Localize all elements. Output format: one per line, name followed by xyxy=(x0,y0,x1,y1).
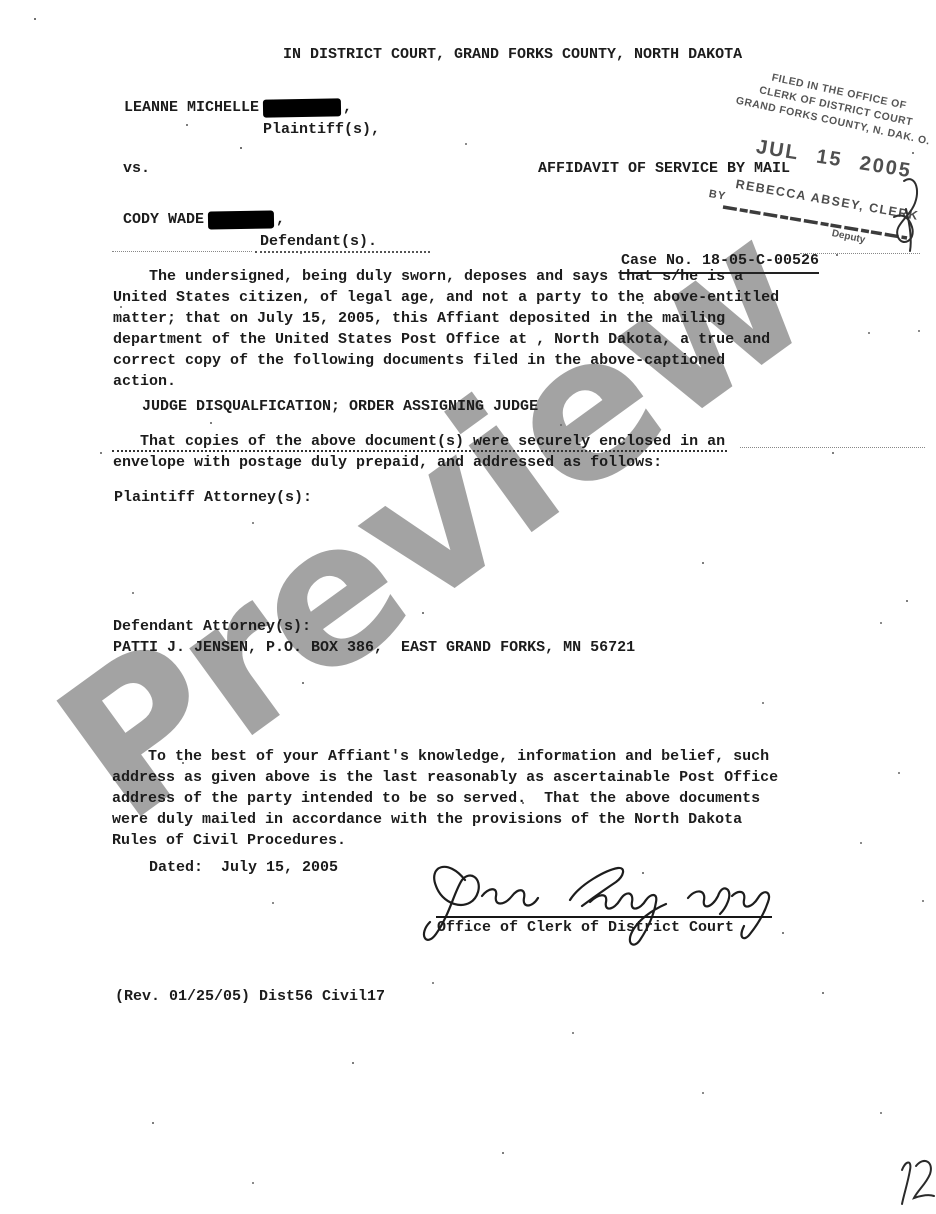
deputy-initials-scribble xyxy=(876,175,924,255)
defendant-name-line: CODY WADE , xyxy=(123,209,285,230)
defendant-name: CODY WADE xyxy=(123,209,204,230)
filed-stamp-office-text: FILED IN THE OFFICE OF CLERK OF DISTRICT… xyxy=(724,62,936,152)
body-paragraph-3: To the best of your Affiant's knowledge,… xyxy=(112,746,778,851)
dated-line: Dated: July 15, 2005 xyxy=(113,857,338,878)
scanned-affidavit-page: Preview IN DISTRICT COURT, GRAND FORKS C… xyxy=(0,0,936,1214)
body-paragraph-1: The undersigned, being duly sworn, depos… xyxy=(113,266,779,392)
plaintiff-name-comma: , xyxy=(343,97,352,118)
defendant-name-comma: , xyxy=(276,209,285,230)
clerk-signature xyxy=(420,850,780,960)
body-paragraph-2: That copies of the above document(s) wer… xyxy=(113,431,725,473)
defendant-attorney-label: Defendant Attorney(s): xyxy=(113,616,311,637)
redaction-box-defendant xyxy=(208,210,274,229)
dotted-trail-paragraph2 xyxy=(740,447,925,448)
documents-listed-line: JUDGE DISQUALFICATION; ORDER ASSIGNING J… xyxy=(142,396,538,417)
scan-noise-specks xyxy=(0,0,2,2)
page-number-mark xyxy=(888,1152,936,1212)
plaintiff-attorney-label: Plaintiff Attorney(s): xyxy=(114,487,312,508)
form-revision-footer: (Rev. 01/25/05) Dist56 Civil17 xyxy=(115,986,385,1007)
plaintiff-name: LEANNE MICHELLE xyxy=(124,97,259,118)
defendant-role-label: Defendant(s). xyxy=(260,231,377,252)
versus-label: vs. xyxy=(123,158,150,179)
court-title: IN DISTRICT COURT, GRAND FORKS COUNTY, N… xyxy=(283,44,742,65)
plaintiff-name-line: LEANNE MICHELLE , xyxy=(124,97,352,118)
document-title: AFFIDAVIT OF SERVICE BY MAIL xyxy=(538,158,790,179)
plaintiff-role-label: Plaintiff(s), xyxy=(263,119,380,140)
dotted-line-under-defendant-left xyxy=(112,251,252,252)
signature-caption: Office of Clerk of District Court xyxy=(437,917,734,938)
defendant-attorney-address: PATTI J. JENSEN, P.O. BOX 386, EAST GRAN… xyxy=(113,637,635,658)
redaction-box-plaintiff xyxy=(263,98,341,117)
